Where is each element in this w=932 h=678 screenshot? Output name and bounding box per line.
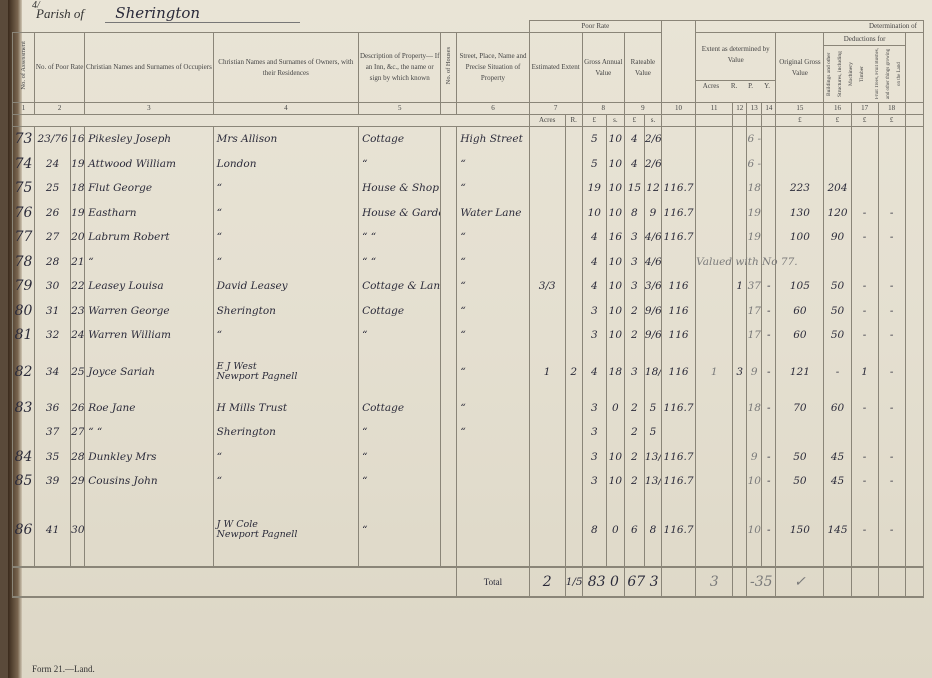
- cell-description: “: [359, 152, 441, 177]
- cell-occupier: “ “: [85, 420, 213, 445]
- cell-est-roods: [565, 176, 582, 201]
- table-row: 853929Cousins John““310213/6116.710-5045…: [13, 469, 924, 494]
- cell-est-acres: [529, 127, 565, 152]
- cell-est-acres: [529, 176, 565, 201]
- cell-owner: “: [213, 176, 358, 201]
- cell-est-acres: [529, 152, 565, 177]
- cell-est-acres: [529, 201, 565, 226]
- cell-poor-rate-no: 36: [35, 396, 71, 421]
- cell-assessment-no: 77: [13, 225, 35, 250]
- cell-rateable-pounds: 6: [624, 494, 644, 567]
- table-row: 864130J W ColeNewport Pagnell“8068116.71…: [13, 494, 924, 567]
- cell-orig-gross: 105: [776, 274, 824, 299]
- cell-ded-buildings: 60: [824, 396, 851, 421]
- cell-est-roods: [565, 127, 582, 152]
- table-row: 843528Dunkley Mrs““310213/6116.79-5045--: [13, 445, 924, 470]
- cell-assessment-no: 82: [13, 348, 35, 396]
- total-roods: 1/5: [565, 567, 582, 597]
- cell-houses: [441, 396, 457, 421]
- table-row: 823425Joyce SariahE J WestNewport Pagnel…: [13, 348, 924, 396]
- cell-orig-gross: [776, 420, 824, 445]
- cell-spare: [905, 469, 923, 494]
- cell-extent-yards: -: [762, 274, 776, 299]
- cell-est-acres: [529, 299, 565, 324]
- cell-street: “: [457, 299, 529, 324]
- cell-ded-fruit: -: [878, 494, 905, 567]
- cell-extent-roods: [733, 323, 747, 348]
- cell-folio-no: 21: [71, 250, 85, 275]
- cell-ded-timber: [851, 250, 878, 275]
- cell-street: “: [457, 274, 529, 299]
- table-row: 772720Labrum Robert““ ““41634/6116.71910…: [13, 225, 924, 250]
- cell-occupier: [85, 494, 213, 567]
- cell-folio-no: 30: [71, 494, 85, 567]
- table-row: 3727“ “Sherington““325: [13, 420, 924, 445]
- cell-houses: [441, 469, 457, 494]
- cell-owner: “: [213, 250, 358, 275]
- cell-rateable-pounds: 2: [624, 299, 644, 324]
- cell-est-roods: [565, 494, 582, 567]
- cell-est-acres: [529, 323, 565, 348]
- cell-extent-roods: 3: [733, 348, 747, 396]
- cell-poor-rate-no: 39: [35, 469, 71, 494]
- cell-owner: H Mills Trust: [213, 396, 358, 421]
- cell-description: Cottage: [359, 127, 441, 152]
- cell-rateable-shillings: 4/6: [644, 225, 661, 250]
- cell-extent-acres: [696, 420, 733, 445]
- cell-occupier: Flut George: [85, 176, 213, 201]
- cell-gross-shillings: 10: [606, 176, 624, 201]
- cell-houses: [441, 494, 457, 567]
- cell-extent-poles: 10: [747, 494, 762, 567]
- cell-gross-pounds: 3: [582, 323, 606, 348]
- table-row: 793022Leasey LouisaDavid LeaseyCottage &…: [13, 274, 924, 299]
- cell-extent-poles: 37: [747, 274, 762, 299]
- cell-est-roods: [565, 445, 582, 470]
- cell-assessment-no: 73: [13, 127, 35, 152]
- cell-houses: [441, 299, 457, 324]
- cell-occupier: Roe Jane: [85, 396, 213, 421]
- cell-description: “: [359, 469, 441, 494]
- cell-extent-yards: [762, 176, 776, 201]
- cell-rateable-shillings: 9: [644, 201, 661, 226]
- cell-extent-roods: [733, 445, 747, 470]
- cell-gross-pounds: 8: [582, 494, 606, 567]
- cell-spare: [905, 420, 923, 445]
- cell-est-roods: [565, 323, 582, 348]
- header-deductions: Deductions for Buildings and other Struc…: [824, 33, 905, 103]
- parish-label: Parish of: [36, 6, 84, 21]
- cell-extent-acres: [696, 299, 733, 324]
- header-col-8: Gross Annual Value: [582, 33, 624, 103]
- cell-map-ref: [662, 127, 696, 152]
- cell-gross-shillings: 0: [606, 396, 624, 421]
- cell-spare: [905, 494, 923, 567]
- cell-rateable-shillings: 2/6: [644, 152, 661, 177]
- header-col-3: Christian Names and Surnames of Occupier…: [85, 33, 213, 103]
- cell-ded-buildings: 120: [824, 201, 851, 226]
- cell-est-acres: [529, 250, 565, 275]
- cell-ded-buildings: [824, 127, 851, 152]
- cell-spare: [905, 445, 923, 470]
- cell-ded-timber: -: [851, 299, 878, 324]
- cell-rateable-pounds: 3: [624, 225, 644, 250]
- cell-map-ref: [662, 250, 696, 275]
- table-row: 752518Flut George“House & Shop“191015121…: [13, 176, 924, 201]
- cell-spare: [905, 323, 923, 348]
- cell-occupier: Attwood William: [85, 152, 213, 177]
- cell-extent-acres: [696, 176, 733, 201]
- cell-ded-timber: 1: [851, 348, 878, 396]
- cell-map-ref: 116.7: [662, 396, 696, 421]
- cell-owner: “: [213, 445, 358, 470]
- cell-extent-yards: -: [762, 469, 776, 494]
- cell-assessment-no: 85: [13, 469, 35, 494]
- cell-map-ref: 116: [662, 299, 696, 324]
- cell-rateable-pounds: 3: [624, 250, 644, 275]
- total-acres: 2: [529, 567, 565, 597]
- header-extent: Extent as determined by Value Acres R. P…: [696, 33, 776, 103]
- cell-ded-fruit: -: [878, 225, 905, 250]
- cell-gross-shillings: 10: [606, 127, 624, 152]
- table-row: 762619Eastharn“House & GardenWater Lane1…: [13, 201, 924, 226]
- cell-spare: [905, 299, 923, 324]
- cell-extent-acres: Valued with No 77.: [696, 250, 733, 275]
- cell-poor-rate-no: 26: [35, 201, 71, 226]
- header-col-1: No. of Assessment: [13, 33, 35, 103]
- cell-occupier: Warren William: [85, 323, 213, 348]
- cell-description: “: [359, 445, 441, 470]
- cell-rateable-shillings: 18/6: [644, 348, 661, 396]
- cell-orig-gross: [776, 152, 824, 177]
- cell-street: “: [457, 152, 529, 177]
- cell-extent-yards: -: [762, 396, 776, 421]
- cell-gross-shillings: 16: [606, 225, 624, 250]
- cell-rateable-pounds: 4: [624, 152, 644, 177]
- cell-extent-roods: [733, 299, 747, 324]
- cell-poor-rate-no: 28: [35, 250, 71, 275]
- cell-folio-no: 22: [71, 274, 85, 299]
- cell-gross-pounds: 4: [582, 225, 606, 250]
- cell-est-roods: [565, 152, 582, 177]
- cell-est-roods: [565, 225, 582, 250]
- cell-houses: [441, 323, 457, 348]
- cell-spare: [905, 201, 923, 226]
- cell-orig-gross: [776, 127, 824, 152]
- total-poles: -35: [747, 567, 776, 597]
- cell-extent-acres: [696, 396, 733, 421]
- cell-est-acres: [529, 396, 565, 421]
- rate-book-table: Poor Rate Determination of No. of Assess…: [12, 20, 924, 598]
- cell-extent-acres: [696, 494, 733, 567]
- header-col-2: No. of Poor Rate: [35, 33, 85, 103]
- cell-extent-poles: 18: [747, 396, 762, 421]
- cell-poor-rate-no: 23/76: [35, 127, 71, 152]
- cell-ded-timber: -: [851, 323, 878, 348]
- cell-orig-gross: 100: [776, 225, 824, 250]
- cell-gross-shillings: 10: [606, 201, 624, 226]
- cell-description: [359, 348, 441, 396]
- cell-description: “ “: [359, 225, 441, 250]
- cell-gross-shillings: 10: [606, 299, 624, 324]
- cell-rateable-shillings: 5: [644, 420, 661, 445]
- cell-folio-no: 24: [71, 323, 85, 348]
- cell-est-roods: [565, 469, 582, 494]
- cell-gross-pounds: 4: [582, 348, 606, 396]
- cell-ded-fruit: [878, 176, 905, 201]
- header-col-6: Street, Place, Name and Precise Situatio…: [457, 33, 529, 103]
- cell-owner: “: [213, 225, 358, 250]
- cell-est-acres: [529, 445, 565, 470]
- cell-extent-yards: -: [762, 494, 776, 567]
- cell-ded-buildings: [824, 152, 851, 177]
- cell-ded-fruit: -: [878, 201, 905, 226]
- cell-extent-yards: -: [762, 323, 776, 348]
- cell-folio-no: 20: [71, 225, 85, 250]
- cell-est-roods: [565, 299, 582, 324]
- cell-rateable-pounds: 2: [624, 469, 644, 494]
- cell-orig-gross: 130: [776, 201, 824, 226]
- cell-assessment-no: 86: [13, 494, 35, 567]
- cell-map-ref: [662, 152, 696, 177]
- cell-assessment-no: 80: [13, 299, 35, 324]
- cell-spare: [905, 225, 923, 250]
- cell-extent-acres: [696, 274, 733, 299]
- cell-extent-roods: [733, 396, 747, 421]
- cell-extent-acres: 1: [696, 348, 733, 396]
- cell-ded-timber: [851, 420, 878, 445]
- cell-ded-fruit: [878, 250, 905, 275]
- header-col-4: Christian Names and Surnames of Owners, …: [213, 33, 358, 103]
- cell-rateable-shillings: 9/6: [644, 299, 661, 324]
- cell-spare: [905, 250, 923, 275]
- cell-ded-buildings: -: [824, 348, 851, 396]
- cell-est-roods: [565, 201, 582, 226]
- cell-poor-rate-no: 31: [35, 299, 71, 324]
- cell-street: [457, 494, 529, 567]
- cell-occupier: Eastharn: [85, 201, 213, 226]
- cell-est-acres: 1: [529, 348, 565, 396]
- cell-est-acres: 3/3: [529, 274, 565, 299]
- cell-extent-yards: -: [762, 299, 776, 324]
- cell-extent-yards: [762, 127, 776, 152]
- cell-ded-buildings: 45: [824, 469, 851, 494]
- cell-owner: “: [213, 469, 358, 494]
- cell-poor-rate-no: 30: [35, 274, 71, 299]
- cell-folio-no: 19: [71, 201, 85, 226]
- cell-rateable-shillings: 4/6: [644, 250, 661, 275]
- total-gross: 83 0: [582, 567, 624, 597]
- cell-gross-shillings: 18: [606, 348, 624, 396]
- cell-gross-pounds: 3: [582, 396, 606, 421]
- cell-extent-poles: 19: [747, 201, 762, 226]
- cell-rateable-shillings: 13/6: [644, 445, 661, 470]
- header-no-of-houses: No. of Houses: [441, 33, 457, 103]
- cell-rateable-pounds: 2: [624, 420, 644, 445]
- table-row: 742419Attwood WilliamLondon““51042/66 -: [13, 152, 924, 177]
- cell-owner: “: [213, 323, 358, 348]
- cell-extent-yards: [762, 152, 776, 177]
- cell-extent-poles: 17: [747, 323, 762, 348]
- cell-owner: E J WestNewport Pagnell: [213, 348, 358, 396]
- cell-assessment-no: 79: [13, 274, 35, 299]
- table-row: 7323/7616Pikesley JosephMrs AllisonCotta…: [13, 127, 924, 152]
- cell-ded-fruit: [878, 127, 905, 152]
- cell-gross-pounds: 3: [582, 420, 606, 445]
- cell-extent-acres: [696, 469, 733, 494]
- cell-est-roods: [565, 420, 582, 445]
- cell-map-ref: [662, 420, 696, 445]
- table-row: 803123Warren GeorgeSheringtonCottage“310…: [13, 299, 924, 324]
- cell-houses: [441, 225, 457, 250]
- cell-extent-yards: [762, 420, 776, 445]
- cell-poor-rate-no: 27: [35, 225, 71, 250]
- cell-occupier: Dunkley Mrs: [85, 445, 213, 470]
- cell-ded-timber: [851, 176, 878, 201]
- cell-owner: Sherington: [213, 420, 358, 445]
- cell-ded-timber: -: [851, 274, 878, 299]
- cell-occupier: Warren George: [85, 299, 213, 324]
- cell-spare: [905, 176, 923, 201]
- cell-poor-rate-no: 24: [35, 152, 71, 177]
- cell-description: “ “: [359, 250, 441, 275]
- cell-gross-shillings: 10: [606, 445, 624, 470]
- cell-folio-no: 16: [71, 127, 85, 152]
- total-rateable: 67 3: [624, 567, 661, 597]
- cell-owner: Sherington: [213, 299, 358, 324]
- cell-ded-timber: -: [851, 396, 878, 421]
- cell-gross-pounds: 3: [582, 445, 606, 470]
- cell-ded-buildings: 90: [824, 225, 851, 250]
- cell-rateable-pounds: 4: [624, 127, 644, 152]
- cell-houses: [441, 250, 457, 275]
- cell-owner: David Leasey: [213, 274, 358, 299]
- cell-orig-gross: 121: [776, 348, 824, 396]
- cell-poor-rate-no: 25: [35, 176, 71, 201]
- cell-ded-fruit: [878, 152, 905, 177]
- cell-rateable-pounds: 8: [624, 201, 644, 226]
- cell-ded-fruit: -: [878, 323, 905, 348]
- cell-map-ref: 116.7: [662, 494, 696, 567]
- cell-map-ref: 116.7: [662, 445, 696, 470]
- cell-map-ref: 116.7: [662, 201, 696, 226]
- cell-owner: Mrs Allison: [213, 127, 358, 152]
- cell-extent-acres: [696, 152, 733, 177]
- header-col-5: Description of Property— If an Inn, &c.,…: [359, 33, 441, 103]
- cell-description: House & Garden: [359, 201, 441, 226]
- cell-description: House & Shop: [359, 176, 441, 201]
- table-row: 833626Roe JaneH Mills TrustCottage“30251…: [13, 396, 924, 421]
- cell-extent-acres: [696, 225, 733, 250]
- cell-poor-rate-no: 35: [35, 445, 71, 470]
- cell-assessment-no: 83: [13, 396, 35, 421]
- cell-street: Water Lane: [457, 201, 529, 226]
- cell-street: “: [457, 420, 529, 445]
- cell-extent-poles: 18: [747, 176, 762, 201]
- cell-houses: [441, 152, 457, 177]
- cell-gross-pounds: 3: [582, 299, 606, 324]
- cell-rateable-pounds: 3: [624, 274, 644, 299]
- header-col-15: Original Gross Value: [776, 33, 824, 103]
- cell-ded-fruit: -: [878, 348, 905, 396]
- cell-occupier: Pikesley Joseph: [85, 127, 213, 152]
- cell-orig-gross: 60: [776, 299, 824, 324]
- cell-extent-roods: [733, 201, 747, 226]
- cell-gross-shillings: 10: [606, 323, 624, 348]
- cell-rateable-pounds: 2: [624, 396, 644, 421]
- cell-extent-poles: 17: [747, 299, 762, 324]
- cell-rateable-shillings: 2/6: [644, 127, 661, 152]
- cell-houses: [441, 445, 457, 470]
- table-row: 782821“““ ““41034/6Valued with No 77.: [13, 250, 924, 275]
- cell-map-ref: 116: [662, 323, 696, 348]
- cell-folio-no: 29: [71, 469, 85, 494]
- cell-est-roods: 2: [565, 348, 582, 396]
- cell-extent-poles: [747, 420, 762, 445]
- cell-assessment-no: 76: [13, 201, 35, 226]
- cell-gross-shillings: [606, 420, 624, 445]
- cell-rateable-shillings: 5: [644, 396, 661, 421]
- cell-gross-shillings: 10: [606, 469, 624, 494]
- cell-spare: [905, 396, 923, 421]
- cell-spare: [905, 152, 923, 177]
- cell-ded-timber: -: [851, 225, 878, 250]
- cell-folio-no: 18: [71, 176, 85, 201]
- group-poor-rate: Poor Rate: [529, 21, 661, 33]
- cell-extent-acres: [696, 323, 733, 348]
- cell-folio-no: 26: [71, 396, 85, 421]
- unit-row: AcresR.£s.£s. ££££: [13, 115, 924, 127]
- cell-street: “: [457, 250, 529, 275]
- cell-est-roods: [565, 250, 582, 275]
- cell-assessment-no: 75: [13, 176, 35, 201]
- cell-extent-poles: 9: [747, 348, 762, 396]
- cell-extent-roods: [733, 152, 747, 177]
- cell-extent-roods: [733, 225, 747, 250]
- cell-folio-no: 25: [71, 348, 85, 396]
- cell-map-ref: 116: [662, 348, 696, 396]
- cell-rateable-shillings: 12: [644, 176, 661, 201]
- cell-spare: [905, 348, 923, 396]
- cell-description: Cottage & Land: [359, 274, 441, 299]
- cell-extent-roods: 1: [733, 274, 747, 299]
- cell-map-ref: 116.7: [662, 469, 696, 494]
- cell-gross-shillings: 10: [606, 250, 624, 275]
- group-determination: Determination of: [696, 21, 924, 33]
- total-row: Total 2 1/5 83 0 67 3 3 -35 ✓: [13, 567, 924, 597]
- cell-gross-pounds: 3: [582, 469, 606, 494]
- cell-houses: [441, 201, 457, 226]
- cell-gross-pounds: 10: [582, 201, 606, 226]
- cell-rateable-shillings: 8: [644, 494, 661, 567]
- cell-houses: [441, 348, 457, 396]
- cell-description: Cottage: [359, 396, 441, 421]
- cell-gross-pounds: 4: [582, 250, 606, 275]
- cell-orig-gross: 150: [776, 494, 824, 567]
- cell-extent-roods: [733, 127, 747, 152]
- cell-spare: [905, 274, 923, 299]
- cell-houses: [441, 176, 457, 201]
- cell-ded-buildings: [824, 420, 851, 445]
- cell-orig-gross: 60: [776, 323, 824, 348]
- cell-extent-yards: -: [762, 348, 776, 396]
- cell-owner: “: [213, 201, 358, 226]
- header-col-9: Rateable Value: [624, 33, 661, 103]
- cell-gross-shillings: 10: [606, 152, 624, 177]
- cell-street: “: [457, 225, 529, 250]
- cell-gross-pounds: 5: [582, 152, 606, 177]
- cell-ded-timber: -: [851, 201, 878, 226]
